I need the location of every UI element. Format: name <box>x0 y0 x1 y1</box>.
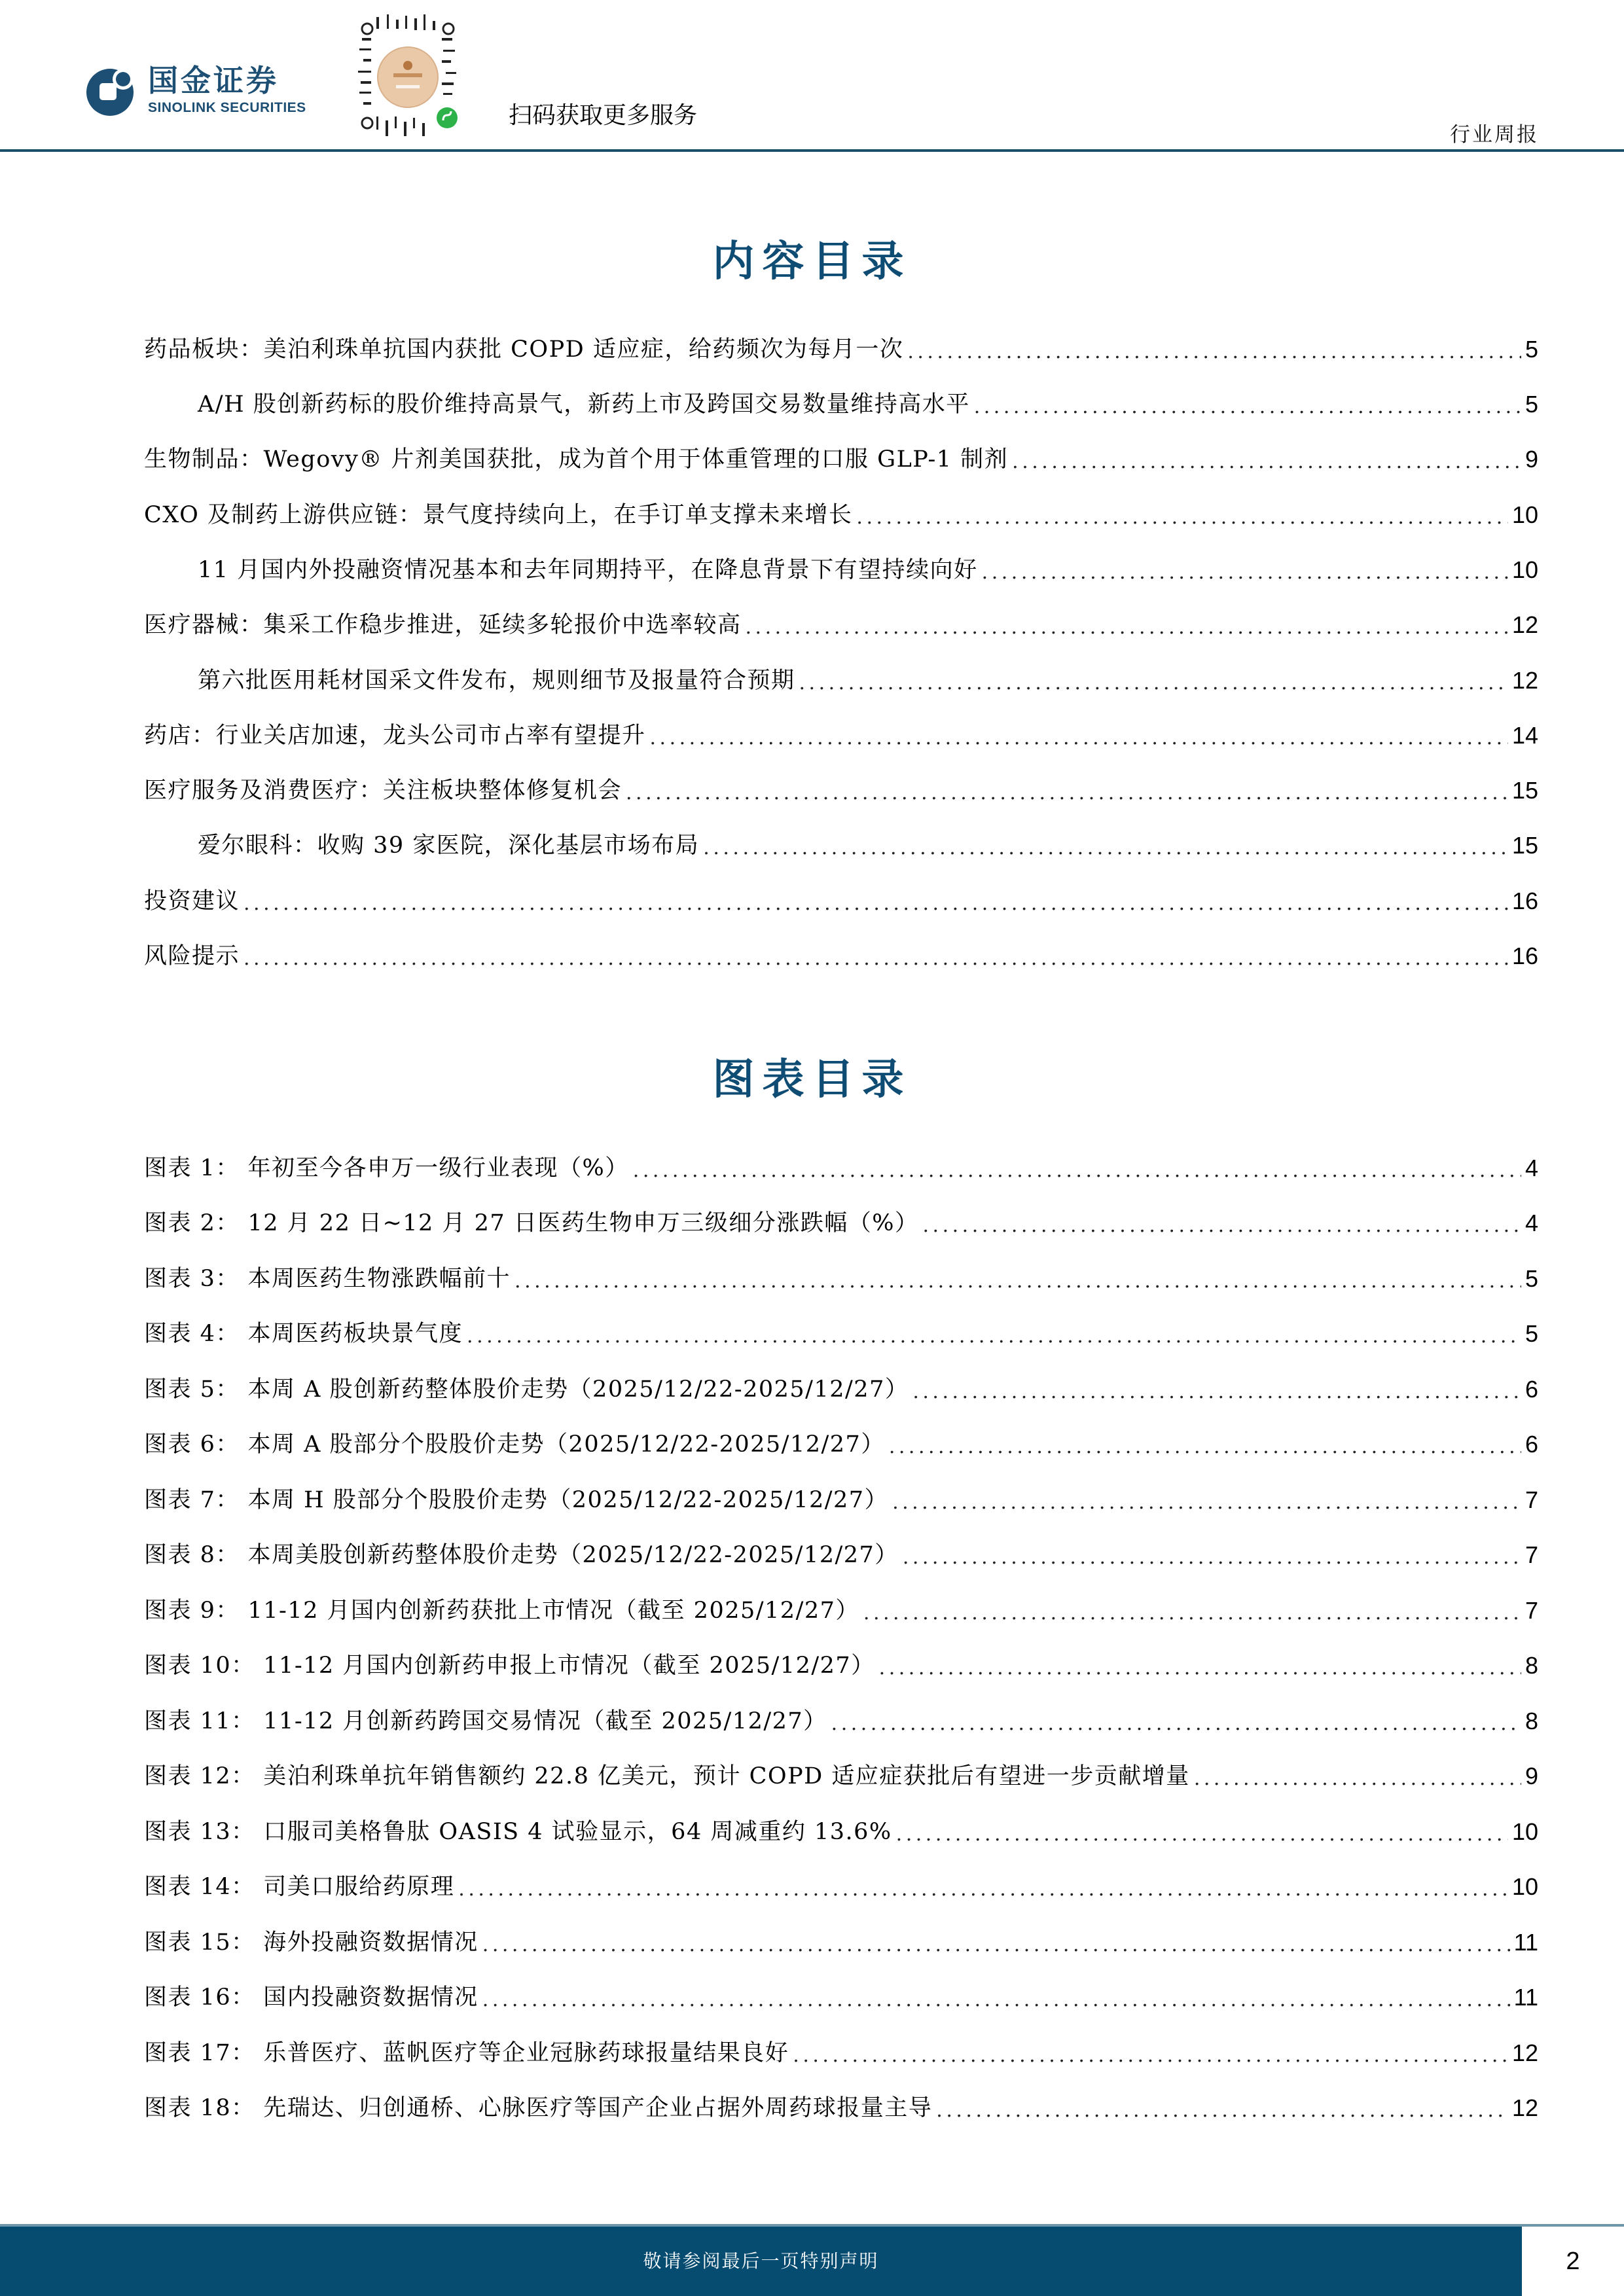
dot-leader <box>831 1711 1521 1737</box>
figure-entry[interactable]: 图表 14： 司美口服给药原理 10 <box>144 1871 1538 1903</box>
toc-entry-page: 16 <box>1512 886 1538 917</box>
figure-entry[interactable]: 图表 18： 先瑞达、归创通桥、心脉医疗等国产企业占据外周药球报量主导 12 <box>144 2092 1538 2124</box>
dot-leader <box>923 1213 1521 1239</box>
toc-entry-label: 投资建议 <box>144 886 240 917</box>
figure-entry-label: 图表 3： 本周医药生物涨跌幅前十 <box>144 1263 511 1295</box>
header-divider <box>0 149 1624 152</box>
figure-entry-page: 7 <box>1525 1539 1538 1571</box>
dot-leader <box>974 394 1521 420</box>
page-header: 国金证券 SINOLINK SECURITIES 扫码获取更多服务 行业周报 <box>0 0 1624 152</box>
toc-entry[interactable]: 生物制品：Wegovy® 片剂美国获批，成为首个用于体重管理的口服 GLP-1 … <box>144 444 1538 475</box>
toc-entry[interactable]: 第六批医用耗材国采文件发布，规则细节及报量符合预期 12 <box>198 665 1538 696</box>
toc-entry[interactable]: 药店：行业关店加速，龙头公司市占率有望提升 14 <box>144 720 1538 751</box>
figure-entry-page: 7 <box>1525 1595 1538 1626</box>
dot-leader <box>856 505 1508 531</box>
figure-entry-label: 图表 9： 11-12 月国内创新药获批上市情况（截至 2025/12/27） <box>144 1595 859 1626</box>
figure-entry[interactable]: 图表 12： 美泊利珠单抗年销售额约 22.8 亿美元，预计 COPD 适应症获… <box>144 1761 1538 1792</box>
figure-entry[interactable]: 图表 3： 本周医药生物涨跌幅前十 5 <box>144 1263 1538 1295</box>
toc-entry[interactable]: 药品板块：美泊利珠单抗国内获批 COPD 适应症，给药频次为每月一次 5 <box>144 334 1538 365</box>
toc-entry[interactable]: 医疗器械：集采工作稳步推进，延续多轮报价中选率较高 12 <box>144 609 1538 641</box>
figure-entry-page: 12 <box>1512 2092 1538 2124</box>
dot-leader <box>514 1268 1521 1295</box>
toc-entry-page: 14 <box>1512 720 1538 751</box>
document-type-label: 行业周报 <box>1450 118 1539 147</box>
figure-entry[interactable]: 图表 9： 11-12 月国内创新药获批上市情况（截至 2025/12/27） … <box>144 1595 1538 1626</box>
dot-leader <box>936 2098 1508 2124</box>
figure-entry-page: 4 <box>1525 1208 1538 1239</box>
figure-entry-page: 9 <box>1525 1761 1538 1792</box>
qr-caption: 扫码获取更多服务 <box>509 101 697 130</box>
dot-leader <box>889 1434 1521 1460</box>
dot-leader <box>633 1158 1521 1184</box>
toc-entry-label: 风险提示 <box>144 941 240 972</box>
company-logo: 国金证券 SINOLINK SECURITIES <box>85 62 334 121</box>
dot-leader <box>458 1876 1508 1903</box>
toc-entry-label: 生物制品：Wegovy® 片剂美国获批，成为首个用于体重管理的口服 GLP-1 … <box>144 444 1008 475</box>
dot-leader <box>650 725 1508 751</box>
figure-entry-page: 5 <box>1525 1318 1538 1350</box>
toc-entry-label: 医疗服务及消费医疗：关注板块整体修复机会 <box>144 775 622 806</box>
dot-leader <box>1012 449 1521 475</box>
dot-leader <box>467 1323 1521 1350</box>
figure-entry[interactable]: 图表 2： 12 月 22 日~12 月 27 日医药生物申万三级细分涨跌幅（%… <box>144 1208 1538 1239</box>
figure-entry-label: 图表 10： 11-12 月国内创新药申报上市情况（截至 2025/12/27） <box>144 1650 875 1681</box>
figure-entry-label: 图表 1： 年初至今各申万一级行业表现（%） <box>144 1153 629 1184</box>
figure-entry-label: 图表 16： 国内投融资数据情况 <box>144 1982 478 2013</box>
sinolink-logo-icon <box>85 65 137 117</box>
dot-leader <box>482 1932 1510 1958</box>
dot-leader <box>799 670 1508 696</box>
toc-entry[interactable]: 医疗服务及消费医疗：关注板块整体修复机会 15 <box>144 775 1538 806</box>
figure-entry-page: 6 <box>1525 1374 1538 1405</box>
figure-entry-label: 图表 5： 本周 A 股创新药整体股价走势（2025/12/22-2025/12… <box>144 1374 909 1405</box>
figures-title: 图表目录 <box>0 1046 1624 1106</box>
dot-leader <box>1194 1766 1521 1792</box>
figure-entry-label: 图表 8： 本周美股创新药整体股价走势（2025/12/22-2025/12/2… <box>144 1539 899 1571</box>
toc-entry-page: 15 <box>1512 830 1538 861</box>
toc-entry[interactable]: 爱尔眼科：收购 39 家医院，深化基层市场布局 15 <box>198 830 1538 861</box>
figure-entry-page: 4 <box>1525 1153 1538 1184</box>
dot-leader <box>244 891 1508 917</box>
dot-leader <box>907 339 1521 365</box>
figure-entry-page: 5 <box>1525 1263 1538 1295</box>
figure-entry-label: 图表 15： 海外投融资数据情况 <box>144 1927 478 1958</box>
dot-leader <box>746 615 1508 641</box>
figure-entry-page: 6 <box>1525 1429 1538 1460</box>
figure-entry[interactable]: 图表 10： 11-12 月国内创新药申报上市情况（截至 2025/12/27）… <box>144 1650 1538 1681</box>
figure-entry[interactable]: 图表 1： 年初至今各申万一级行业表现（%） 4 <box>144 1153 1538 1184</box>
toc-entry-page: 9 <box>1525 444 1538 475</box>
dot-leader <box>879 1655 1521 1681</box>
figure-entry[interactable]: 图表 17： 乐普医疗、蓝帆医疗等企业冠脉药球报量结果良好 12 <box>144 2037 1538 2069</box>
dot-leader <box>892 1490 1521 1516</box>
toc-entry-label: 药品板块：美泊利珠单抗国内获批 COPD 适应症，给药频次为每月一次 <box>144 334 903 365</box>
figure-entry-page: 8 <box>1525 1650 1538 1681</box>
figure-entry[interactable]: 图表 7： 本周 H 股部分个股股价走势（2025/12/22-2025/12/… <box>144 1484 1538 1516</box>
logo-english-name: SINOLINK SECURITIES <box>148 100 306 116</box>
figure-entry[interactable]: 图表 8： 本周美股创新药整体股价走势（2025/12/22-2025/12/2… <box>144 1539 1538 1571</box>
figure-entry[interactable]: 图表 5： 本周 A 股创新药整体股价走势（2025/12/22-2025/12… <box>144 1374 1538 1405</box>
figure-entry[interactable]: 图表 6： 本周 A 股部分个股股价走势（2025/12/22-2025/12/… <box>144 1429 1538 1460</box>
toc-entry-page: 12 <box>1512 609 1538 641</box>
toc-entry-page: 16 <box>1512 941 1538 972</box>
dot-leader <box>244 946 1508 972</box>
dot-leader <box>912 1379 1521 1405</box>
dot-leader <box>982 560 1508 586</box>
toc-entry-label: 爱尔眼科：收购 39 家医院，深化基层市场布局 <box>198 830 699 861</box>
figure-entry-page: 10 <box>1512 1871 1538 1903</box>
toc-entry-page: 12 <box>1512 665 1538 696</box>
figure-entry[interactable]: 图表 11： 11-12 月创新药跨国交易情况（截至 2025/12/27） 8 <box>144 1706 1538 1737</box>
toc-entry[interactable]: 风险提示 16 <box>144 941 1538 972</box>
toc-entry-label: CXO 及制药上游供应链：景气度持续向上，在手订单支撑未来增长 <box>144 499 852 531</box>
dot-leader <box>793 2043 1508 2069</box>
dot-leader <box>863 1600 1521 1626</box>
dot-leader <box>482 1987 1510 2013</box>
page-number: 2 <box>1522 2227 1624 2296</box>
toc-entry[interactable]: 11 月国内外投融资情况基本和去年同期持平，在降息背景下有望持续向好 10 <box>198 554 1538 586</box>
figure-entry-label: 图表 7： 本周 H 股部分个股股价走势（2025/12/22-2025/12/… <box>144 1484 888 1516</box>
figure-entry[interactable]: 图表 16： 国内投融资数据情况 11 <box>144 1982 1538 2013</box>
dot-leader <box>903 1545 1521 1571</box>
dot-leader <box>896 1821 1508 1848</box>
toc-entry[interactable]: 投资建议 16 <box>144 886 1538 917</box>
figure-entry-label: 图表 12： 美泊利珠单抗年销售额约 22.8 亿美元，预计 COPD 适应症获… <box>144 1761 1190 1792</box>
toc-entry-page: 10 <box>1512 554 1538 586</box>
figure-entry-label: 图表 18： 先瑞达、归创通桥、心脉医疗等国产企业占据外周药球报量主导 <box>144 2092 932 2124</box>
figure-entry-label: 图表 6： 本周 A 股部分个股股价走势（2025/12/22-2025/12/… <box>144 1429 885 1460</box>
figure-entry-label: 图表 17： 乐普医疗、蓝帆医疗等企业冠脉药球报量结果良好 <box>144 2037 789 2069</box>
toc-entry-page: 5 <box>1525 389 1538 420</box>
figure-entry-page: 8 <box>1525 1706 1538 1737</box>
figure-entry-page: 7 <box>1525 1484 1538 1516</box>
qr-code-icon[interactable] <box>350 12 465 143</box>
figure-entry[interactable]: 图表 15： 海外投融资数据情况 11 <box>144 1927 1538 1958</box>
toc-entry-label: 药店：行业关店加速，龙头公司市占率有望提升 <box>144 720 646 751</box>
toc-entry-label: 第六批医用耗材国采文件发布，规则细节及报量符合预期 <box>198 665 795 696</box>
dot-leader <box>703 835 1508 861</box>
figure-entry-label: 图表 4： 本周医药板块景气度 <box>144 1318 463 1350</box>
contents-title: 内容目录 <box>0 228 1624 288</box>
toc-entry-page: 15 <box>1512 775 1538 806</box>
figure-entry[interactable]: 图表 4： 本周医药板块景气度 5 <box>144 1318 1538 1350</box>
figure-entry[interactable]: 图表 13： 口服司美格鲁肽 OASIS 4 试验显示，64 周减重约 13.6… <box>144 1816 1538 1848</box>
toc-entry[interactable]: CXO 及制药上游供应链：景气度持续向上，在手订单支撑未来增长 10 <box>144 499 1538 531</box>
logo-chinese-name: 国金证券 <box>148 62 279 99</box>
disclaimer-note: 敬请参阅最后一页特别声明 <box>0 2227 1522 2296</box>
toc-entry-label: A/H 股创新药标的股价维持高景气，新药上市及跨国交易数量维持高水平 <box>198 389 970 420</box>
dot-leader <box>626 780 1508 806</box>
toc-entry-label: 医疗器械：集采工作稳步推进，延续多轮报价中选率较高 <box>144 609 742 641</box>
figure-entry-label: 图表 2： 12 月 22 日~12 月 27 日医药生物申万三级细分涨跌幅（%… <box>144 1208 919 1239</box>
figure-entry-label: 图表 11： 11-12 月创新药跨国交易情况（截至 2025/12/27） <box>144 1706 827 1737</box>
figure-entry-page: 12 <box>1512 2037 1538 2069</box>
figure-entry-page: 10 <box>1512 1816 1538 1848</box>
toc-entry-label: 11 月国内外投融资情况基本和去年同期持平，在降息背景下有望持续向好 <box>198 554 978 586</box>
toc-entry-page: 10 <box>1512 499 1538 531</box>
figure-entry-page: 11 <box>1514 1982 1538 2013</box>
toc-entry-page: 5 <box>1525 334 1538 365</box>
figure-entry-label: 图表 14： 司美口服给药原理 <box>144 1871 454 1903</box>
figure-entry-label: 图表 13： 口服司美格鲁肽 OASIS 4 试验显示，64 周减重约 13.6… <box>144 1816 892 1848</box>
toc-entry[interactable]: A/H 股创新药标的股价维持高景气，新药上市及跨国交易数量维持高水平 5 <box>198 389 1538 420</box>
figure-entry-page: 11 <box>1514 1927 1538 1958</box>
